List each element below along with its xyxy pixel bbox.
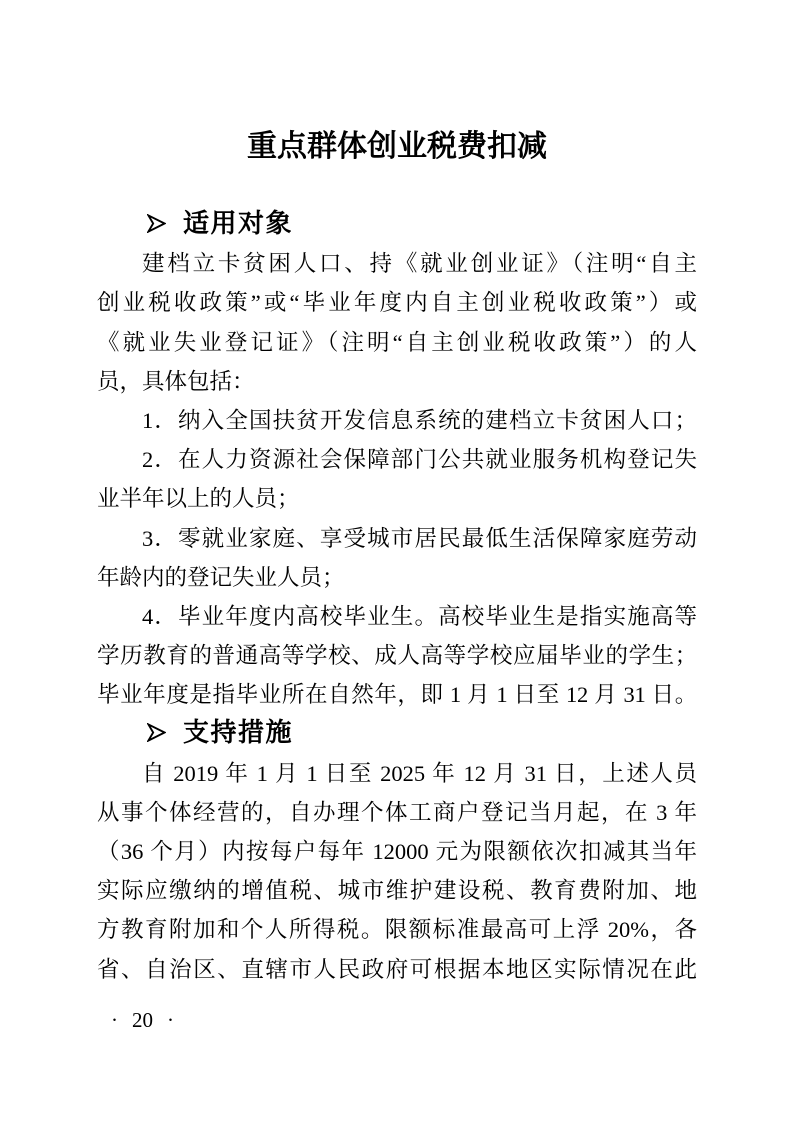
- paragraph: 2．在人力资源社会保障部门公共就业服务机构登记失 业半年以上的人员；: [97, 440, 697, 518]
- text-line: 从事个体经营的，自办理个体工商户登记当月起，在 3 年: [97, 793, 697, 832]
- paragraph: 自 2019 年 1 月 1 日至 2025 年 12 月 31 日，上述人员 …: [97, 754, 697, 989]
- section-heading-label: 支持措施: [183, 718, 293, 748]
- text-line: 方教育附加和个人所得税。限额标准最高可上浮 20%，各: [97, 910, 697, 949]
- text-line: 员，具体包括：: [97, 362, 697, 401]
- arrow-bullet-icon: [147, 723, 166, 742]
- paragraph: 1．纳入全国扶贫开发信息系统的建档立卡贫困人口；: [97, 401, 697, 440]
- arrow-bullet-icon: [147, 214, 166, 233]
- paragraph: 建档立卡贫困人口、持《就业创业证》（注明“自主 创业税收政策”或“毕业年度内自主…: [97, 244, 697, 401]
- text-line: 实际应缴纳的增值税、城市维护建设税、教育费附加、地: [97, 871, 697, 910]
- text-line: （36 个月）内按每户每年 12000 元为限额依次扣减其当年: [97, 832, 697, 871]
- text-line: 《就业失业登记证》（注明“自主创业税收政策”）的人: [97, 323, 697, 362]
- section-heading-label: 适用对象: [183, 209, 293, 239]
- doc-title: 重点群体创业税费扣减: [97, 130, 697, 164]
- text-line: 建档立卡贫困人口、持《就业创业证》（注明“自主: [97, 244, 697, 283]
- text-line: 毕业年度是指毕业所在自然年，即 1 月 1 日至 12 月 31 日。: [97, 675, 697, 714]
- section-heading-support-measures: 支持措施: [97, 714, 697, 753]
- text-line: 学历教育的普通高等学校、成人高等学校应届毕业的学生；: [97, 636, 697, 675]
- text-line: 2．在人力资源社会保障部门公共就业服务机构登记失: [97, 440, 697, 479]
- page-number: 20: [132, 1001, 153, 1040]
- document-content: 重点群体创业税费扣减 适用对象 建档立卡贫困人口、持《就业创业证》（注明“自主 …: [97, 0, 697, 1040]
- text-line: 创业税收政策”或“毕业年度内自主创业税收政策”）或: [97, 283, 697, 322]
- text-line: 省、自治区、直辖市人民政府可根据本地区实际情况在此: [97, 950, 697, 989]
- text-line: 自 2019 年 1 月 1 日至 2025 年 12 月 31 日，上述人员: [97, 754, 697, 793]
- text-line: 年龄内的登记失业人员；: [97, 558, 697, 597]
- footer: · 20 ·: [97, 1001, 697, 1040]
- section-heading-applicable-targets: 适用对象: [97, 205, 697, 244]
- text-line: 业半年以上的人员；: [97, 479, 697, 518]
- page: 重点群体创业税费扣减 适用对象 建档立卡贫困人口、持《就业创业证》（注明“自主 …: [0, 0, 793, 1122]
- text-line: 4．毕业年度内高校毕业生。高校毕业生是指实施高等: [97, 597, 697, 636]
- paragraph: 3．零就业家庭、享受城市居民最低生活保障家庭劳动 年龄内的登记失业人员；: [97, 519, 697, 597]
- footer-right-dot: ·: [167, 1001, 174, 1040]
- text-line: 1．纳入全国扶贫开发信息系统的建档立卡贫困人口；: [97, 401, 697, 440]
- paragraph: 4．毕业年度内高校毕业生。高校毕业生是指实施高等 学历教育的普通高等学校、成人高…: [97, 597, 697, 715]
- footer-left-dot: ·: [111, 1001, 118, 1040]
- text-line: 3．零就业家庭、享受城市居民最低生活保障家庭劳动: [97, 519, 697, 558]
